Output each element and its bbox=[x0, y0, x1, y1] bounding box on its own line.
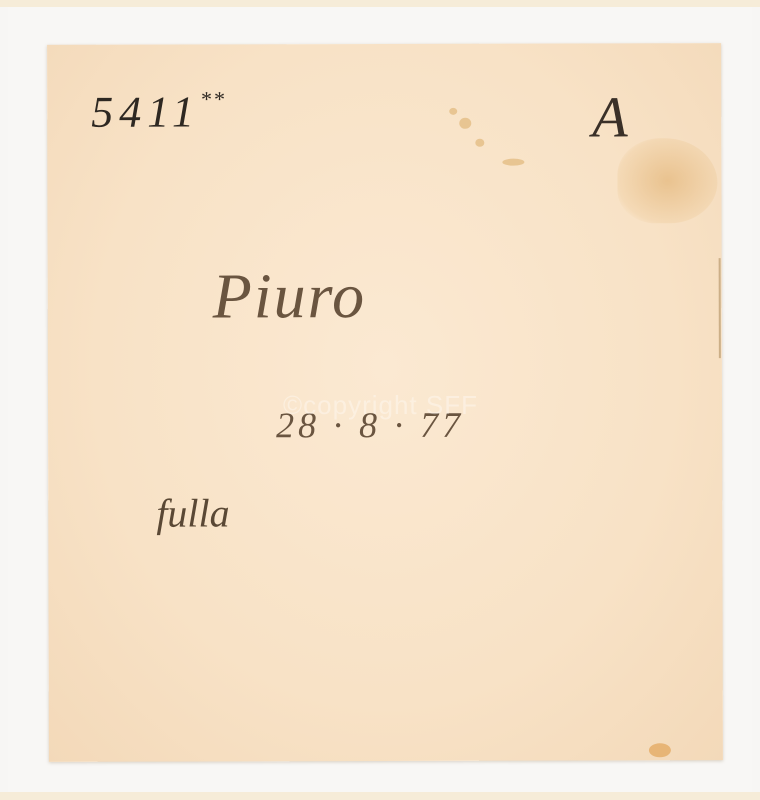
mount-board: 5411** A Piuro 28 · 8 · 77 fulla ©copyri… bbox=[8, 7, 752, 792]
catalog-marks: ** bbox=[200, 86, 226, 111]
catalog-number: 5411** bbox=[91, 86, 226, 137]
place-name: Piuro bbox=[213, 259, 367, 333]
stain-top-right bbox=[617, 138, 717, 223]
fold-line bbox=[719, 258, 721, 358]
note-text: fulla bbox=[156, 489, 229, 536]
stain-spots bbox=[447, 104, 567, 184]
stain-bottom-corner bbox=[649, 743, 671, 757]
grade-letter: A bbox=[592, 83, 628, 150]
bottom-border-strip bbox=[0, 792, 760, 800]
top-border-strip bbox=[0, 0, 760, 7]
copyright-watermark: ©copyright SFF bbox=[283, 390, 478, 421]
